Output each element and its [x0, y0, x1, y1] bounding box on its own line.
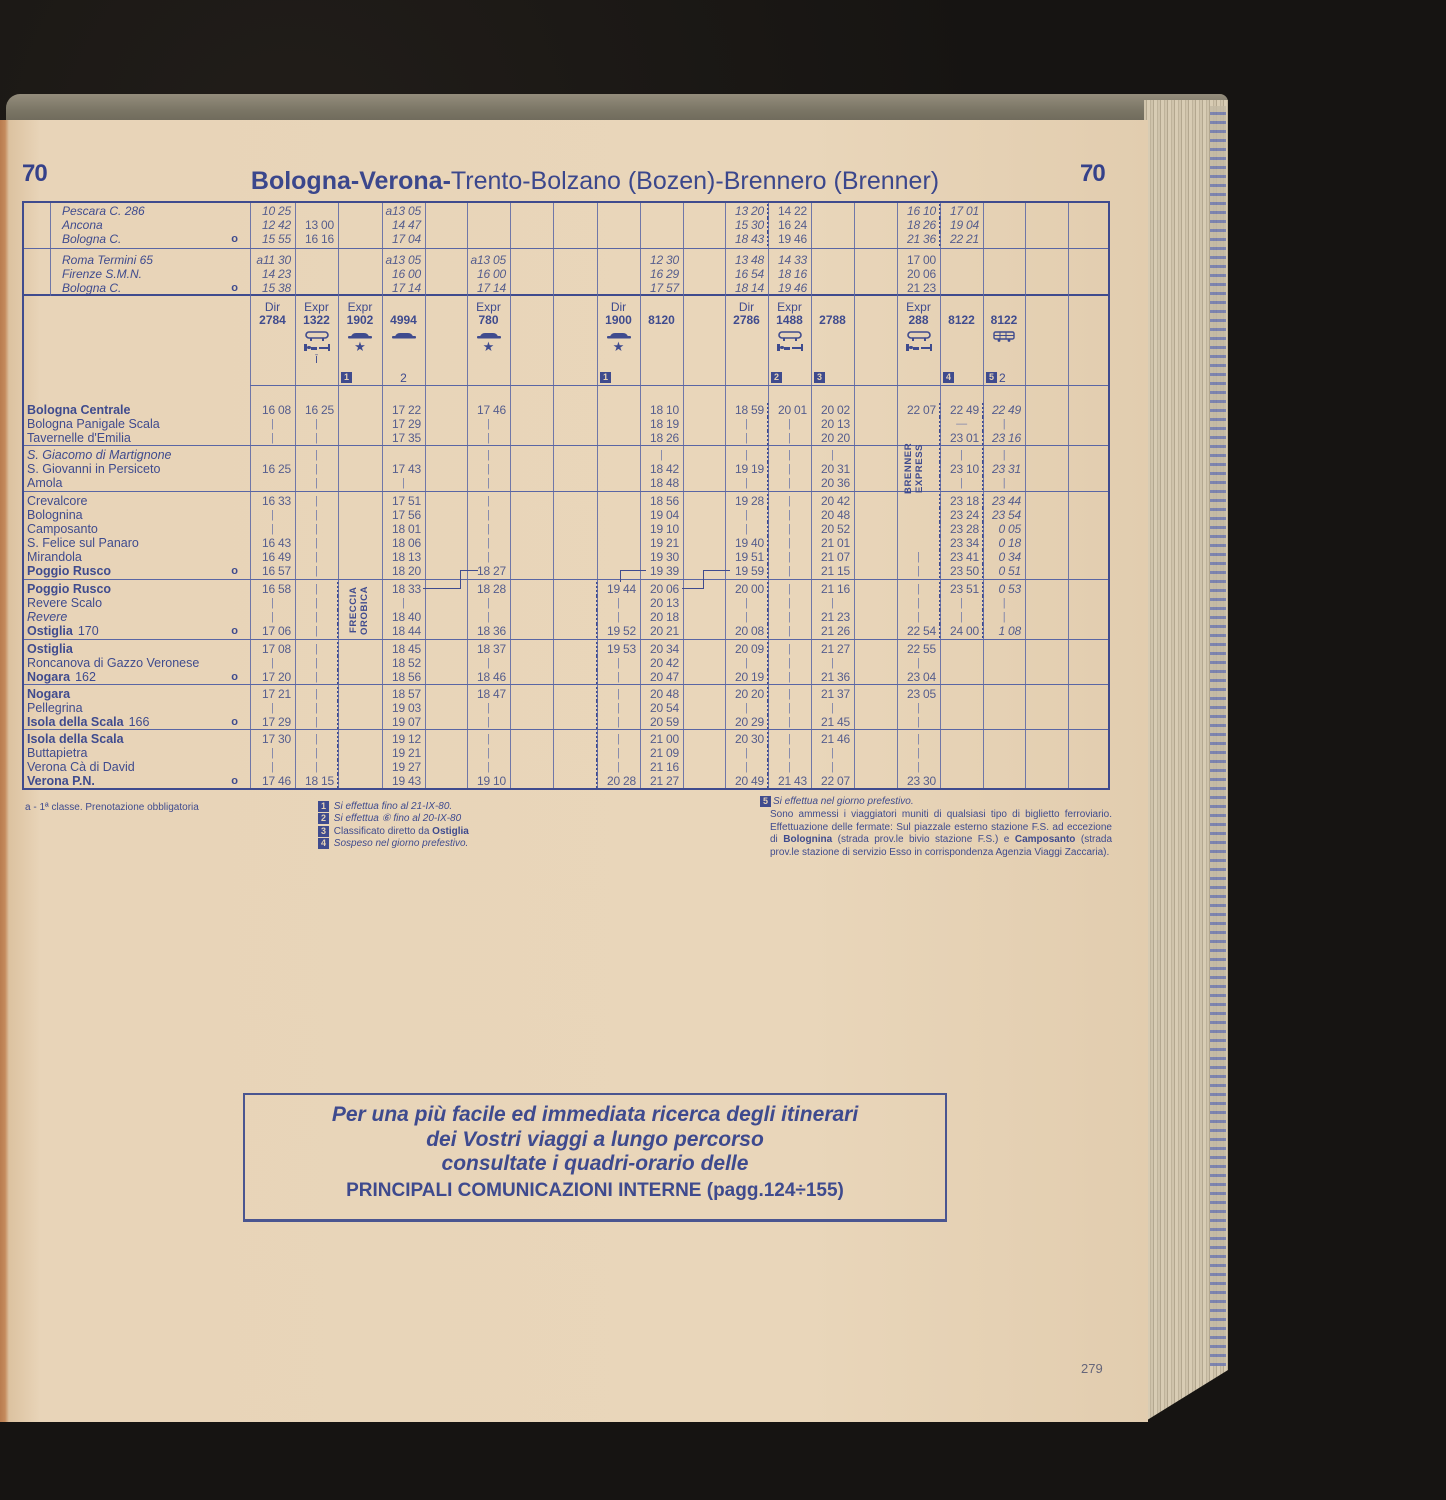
station-name: Ostiglia: [27, 624, 73, 638]
time-cell: [553, 267, 597, 281]
table-row: Revere Scalo|||||20 13||||||: [22, 596, 1110, 610]
station-cell: Crevalcore: [22, 494, 250, 508]
time-cell: [940, 715, 983, 729]
footnote-marker: 4: [318, 838, 329, 849]
time-cell: 20 06: [640, 582, 683, 596]
connection-line: [682, 588, 703, 589]
time-cell: [854, 417, 897, 431]
sleeping-car-icon: [304, 331, 330, 341]
time-cell: [295, 281, 338, 295]
time-cell: [683, 746, 725, 760]
time-cell: 17 14: [382, 281, 425, 295]
station-cell: S. Giacomo di Martignone: [22, 448, 250, 462]
time-cell: [983, 218, 1025, 232]
time-cell: [1025, 564, 1068, 578]
station-group: S. Giacomo di Martignone||||||||S. Giova…: [22, 446, 1110, 492]
time-cell: [854, 494, 897, 508]
time-cell: [1025, 582, 1068, 596]
train-note-cell: 1: [597, 367, 640, 385]
time-cell: [683, 253, 725, 267]
train-services: ★: [477, 331, 501, 352]
station-name: Bologna Centrale: [27, 403, 131, 417]
station-cell: Ostiglia170o: [22, 624, 250, 638]
time-cell: 20 59: [640, 715, 683, 729]
time-cell: [854, 610, 897, 624]
class-marker: 2: [400, 372, 407, 384]
passes-without-stop: |: [768, 746, 811, 760]
station-name: Tavernelle d'Emilia: [27, 431, 131, 445]
table-row: S. Giovanni in Persiceto16 25|17 43|18 4…: [22, 462, 1110, 476]
time-cell: [811, 281, 854, 295]
train-column-header: 8122: [940, 296, 983, 367]
passes-without-stop: |: [811, 656, 854, 670]
passes-without-stop: |: [467, 610, 510, 624]
passes-without-stop: |: [811, 746, 854, 760]
station-cell: Bologna Panigale Scala: [22, 417, 250, 431]
time-cell: 19 43: [382, 774, 425, 788]
class-marker: 2: [999, 372, 1006, 384]
time-cell: [510, 448, 553, 462]
time-cell: [854, 687, 897, 701]
time-cell: [1025, 281, 1068, 295]
time-cell: 18 16: [768, 267, 811, 281]
station-name: Firenze S.M.N.: [62, 267, 142, 281]
time-cell: 19 46: [768, 232, 811, 246]
footnote-5: 5Si effettua nel giorno prefestivo.Sono …: [760, 796, 1112, 860]
time-cell: [940, 656, 983, 670]
time-cell: [510, 417, 553, 431]
time-cell: [338, 732, 382, 746]
passes-without-stop: |: [725, 610, 768, 624]
train-column-header: Expr780★: [467, 296, 510, 367]
footnote-text: Sospeso nel giorno prefestivo.: [334, 838, 469, 849]
station-cell: Nogara162o: [22, 670, 250, 684]
time-cell: 16 33: [250, 494, 295, 508]
time-cell: [510, 715, 553, 729]
time-cell: [338, 670, 382, 684]
time-cell: 19 21: [382, 746, 425, 760]
time-cell: 18 33: [382, 582, 425, 596]
time-cell: 22 07: [811, 774, 854, 788]
couchette-icon: [905, 343, 933, 352]
time-cell: [510, 582, 553, 596]
time-cell: [510, 701, 553, 715]
time-cell: 13 48: [725, 253, 768, 267]
time-cell: [553, 582, 597, 596]
time-cell: 20 28: [597, 774, 640, 788]
time-cell: 16 25: [295, 403, 338, 417]
passes-without-stop: |: [768, 564, 811, 578]
time-cell: [1068, 204, 1110, 218]
time-cell: [897, 536, 940, 550]
table-row: Camposanto||18 01|19 10||20 5223 280 05: [22, 522, 1110, 536]
time-cell: 20 48: [640, 687, 683, 701]
footnote-marker: 1: [341, 372, 352, 383]
time-cell: a13 05: [467, 253, 510, 267]
empty-column-header: [1068, 296, 1110, 367]
train-note-cell: [250, 367, 295, 385]
train-note-cell: 1: [338, 367, 382, 385]
time-cell: [683, 774, 725, 788]
time-cell: 19 04: [940, 218, 983, 232]
time-cell: 23 04: [897, 670, 940, 684]
time-cell: 0 51: [983, 564, 1025, 578]
time-cell: 1 08: [983, 624, 1025, 638]
time-cell: [425, 267, 467, 281]
time-cell: [854, 670, 897, 684]
station-cell: Pellegrina: [22, 701, 250, 715]
time-cell: [983, 642, 1025, 656]
time-cell: 23 31: [983, 462, 1025, 476]
time-cell: [1068, 218, 1110, 232]
footnote-text: Classificato diretto da: [334, 826, 432, 837]
passes-without-stop: |: [382, 596, 425, 610]
station-group: Poggio Rusco16 58|18 3318 2819 4420 0620…: [22, 580, 1110, 640]
time-cell: [553, 204, 597, 218]
passes-without-stop: |: [295, 417, 338, 431]
footnote-marker: 1: [600, 372, 611, 383]
footnote-5-heading: 5Si effettua nel giorno prefestivo.: [760, 796, 1112, 809]
time-cell: [338, 760, 382, 774]
time-cell: [510, 267, 553, 281]
station-name: Isola della Scala: [27, 715, 124, 729]
time-cell: [983, 670, 1025, 684]
time-cell: 18 19: [640, 417, 683, 431]
passes-without-stop: |: [467, 746, 510, 760]
time-cell: [338, 204, 382, 218]
passes-without-stop: |: [897, 760, 940, 774]
passes-without-stop: |: [467, 760, 510, 774]
time-cell: [425, 624, 467, 638]
passes-without-stop: |: [897, 596, 940, 610]
time-cell: [854, 596, 897, 610]
time-cell: [338, 701, 382, 715]
train-note-cell: [425, 367, 467, 385]
train-note-cell: 4: [940, 367, 983, 385]
time-cell: [510, 610, 553, 624]
time-cell: [854, 448, 897, 462]
empty-column-header: [854, 296, 897, 367]
time-cell: [553, 522, 597, 536]
footnote-line: 3 Classificato diretto da Ostiglia: [318, 826, 469, 838]
passes-without-stop: |: [897, 656, 940, 670]
time-cell: [683, 448, 725, 462]
time-cell: [250, 476, 295, 490]
passes-without-stop: |: [897, 564, 940, 578]
train-note-cell: [1068, 367, 1110, 385]
station-name: Poggio Rusco: [27, 564, 111, 578]
time-cell: [683, 624, 725, 638]
connection-station: Pescara C. 286: [22, 204, 250, 218]
station-name: Bolognina: [27, 508, 83, 522]
table-row: Bologna Centrale16 0816 2517 2217 4618 1…: [22, 403, 1110, 417]
time-cell: [425, 656, 467, 670]
time-cell: 20 20: [725, 687, 768, 701]
connection-station: Bologna C.o: [22, 281, 250, 295]
footnote-marker: 4: [943, 372, 954, 383]
passes-without-stop: —: [940, 417, 983, 431]
empty-column-header: [1025, 296, 1068, 367]
time-cell: [811, 232, 854, 246]
time-cell: [1068, 582, 1110, 596]
train-name-label: FRECCIA OROBICA: [348, 564, 370, 656]
time-cell: [510, 253, 553, 267]
time-cell: [553, 494, 597, 508]
time-cell: 12 42: [250, 218, 295, 232]
passes-without-stop: |: [295, 431, 338, 445]
time-cell: [597, 218, 640, 232]
time-cell: [553, 232, 597, 246]
time-cell: [597, 281, 640, 295]
time-cell: 20 08: [725, 624, 768, 638]
time-cell: [983, 253, 1025, 267]
time-cell: [683, 536, 725, 550]
time-cell: [553, 550, 597, 564]
time-cell: 17 04: [382, 232, 425, 246]
connection-row: Firenze S.M.N.14 2316 0016 0016 2916 541…: [22, 267, 1110, 281]
time-cell: [338, 494, 382, 508]
time-cell: [683, 732, 725, 746]
station-cell: Amola: [22, 476, 250, 490]
time-cell: 20 01: [768, 403, 811, 417]
time-cell: [1068, 596, 1110, 610]
train-column-header: 8120: [640, 296, 683, 367]
time-cell: 15 30: [725, 218, 768, 232]
passes-without-stop: |: [768, 642, 811, 656]
time-cell: [983, 774, 1025, 788]
connection-station: Roma Termini 65: [22, 253, 250, 267]
time-cell: 17 30: [250, 732, 295, 746]
time-cell: [425, 508, 467, 522]
train-note-cell: 2: [768, 367, 811, 385]
time-cell: [338, 687, 382, 701]
time-cell: 23 16: [983, 431, 1025, 445]
time-cell: 23 01: [940, 431, 983, 445]
title-continuation: Trento-Bolzano (Bozen)-Brennero (Brenner…: [451, 167, 939, 195]
station-cell: Poggio Ruscoo: [22, 564, 250, 578]
time-cell: [854, 218, 897, 232]
time-cell: [597, 522, 640, 536]
time-cell: 21 43: [768, 774, 811, 788]
column-divider: [983, 201, 984, 790]
connection-row: Pescara C. 28610 25a13 0513 2014 2216 10…: [22, 204, 1110, 218]
time-cell: 17 35: [382, 431, 425, 445]
passes-without-stop: |: [250, 522, 295, 536]
time-cell: [553, 536, 597, 550]
train-note-cell: [640, 367, 683, 385]
time-cell: [683, 642, 725, 656]
time-cell: 17 21: [250, 687, 295, 701]
time-cell: 21 23: [897, 281, 940, 295]
table-row: Bologna Panigale Scala||17 29|18 19||20 …: [22, 417, 1110, 431]
passes-without-stop: |: [768, 508, 811, 522]
time-cell: [940, 642, 983, 656]
line-reference: 162: [75, 670, 96, 684]
time-cell: [338, 774, 382, 788]
time-cell: 0 53: [983, 582, 1025, 596]
passes-without-stop: |: [467, 522, 510, 536]
connection-blocks: Pescara C. 28610 25a13 0513 2014 2216 10…: [22, 201, 1110, 296]
time-cell: 18 45: [382, 642, 425, 656]
passes-without-stop: |: [467, 550, 510, 564]
time-cell: 20 00: [725, 582, 768, 596]
table-row: Isola della Scala17 30|19 12||21 0020 30…: [22, 732, 1110, 746]
time-cell: [1068, 417, 1110, 431]
time-cell: [425, 642, 467, 656]
passes-without-stop: |: [897, 715, 940, 729]
time-cell: 19 07: [382, 715, 425, 729]
time-cell: 16 10: [897, 204, 940, 218]
time-cell: 21 45: [811, 715, 854, 729]
time-cell: 22 49: [940, 403, 983, 417]
train-number: 780: [478, 314, 498, 327]
passes-without-stop: |: [897, 582, 940, 596]
footnote-text: Si effettua ⑥ fino al 20-IX-80: [334, 813, 461, 824]
station-cell: Poggio Rusco: [22, 582, 250, 596]
time-cell: 20 42: [640, 656, 683, 670]
table-row: Ostiglia170o17 06|18 4418 3619 5220 2120…: [22, 624, 1110, 638]
station-name: Amola: [27, 476, 62, 490]
time-cell: [1025, 232, 1068, 246]
time-cell: 19 04: [640, 508, 683, 522]
time-cell: [683, 218, 725, 232]
connection-line: [620, 570, 621, 582]
train-number: 8122: [948, 314, 975, 327]
time-cell: 18 27: [467, 564, 510, 578]
time-cell: [425, 232, 467, 246]
time-cell: 0 34: [983, 550, 1025, 564]
time-cell: [940, 687, 983, 701]
station-column-notes: [22, 367, 250, 385]
time-cell: 18 57: [382, 687, 425, 701]
time-cell: [940, 746, 983, 760]
passes-without-stop: |: [250, 701, 295, 715]
time-cell: 18 14: [725, 281, 768, 295]
time-cell: [425, 550, 467, 564]
footnote-marker: 2: [318, 813, 329, 824]
passes-without-stop: |: [597, 760, 640, 774]
time-cell: [683, 715, 725, 729]
time-cell: [510, 596, 553, 610]
time-cell: [940, 760, 983, 774]
station-name: Crevalcore: [27, 494, 87, 508]
time-cell: 21 23: [811, 610, 854, 624]
passes-without-stop: |: [725, 476, 768, 490]
train-note-cell: [854, 367, 897, 385]
time-cell: [854, 253, 897, 267]
coach-icon: [392, 331, 416, 340]
passes-without-stop: |: [250, 746, 295, 760]
time-cell: [467, 204, 510, 218]
time-cell: [683, 522, 725, 536]
time-cell: 17 29: [250, 715, 295, 729]
train-number: 1902: [347, 314, 374, 327]
time-cell: [1025, 610, 1068, 624]
time-cell: [338, 218, 382, 232]
time-cell: [854, 774, 897, 788]
train-number: 2786: [733, 314, 760, 327]
time-cell: 18 13: [382, 550, 425, 564]
time-cell: 24 00: [940, 624, 983, 638]
time-cell: [811, 253, 854, 267]
time-cell: [1025, 448, 1068, 462]
passes-without-stop: |: [295, 624, 338, 638]
train-number: 8122: [991, 314, 1018, 327]
time-cell: [983, 746, 1025, 760]
time-cell: 21 46: [811, 732, 854, 746]
time-cell: [295, 204, 338, 218]
footnote-line: 2 Si effettua ⑥ fino al 20-IX-80: [318, 813, 469, 825]
time-cell: [1025, 687, 1068, 701]
time-cell: [1025, 508, 1068, 522]
passes-without-stop: |: [940, 610, 983, 624]
column-divider: [553, 201, 554, 790]
train-services: Ī: [303, 331, 331, 366]
passes-without-stop: |: [295, 508, 338, 522]
time-cell: 23 10: [940, 462, 983, 476]
time-cell: 19 19: [725, 462, 768, 476]
time-cell: 23 50: [940, 564, 983, 578]
time-cell: [683, 701, 725, 715]
time-cell: [683, 760, 725, 774]
passes-without-stop: |: [382, 476, 425, 490]
time-cell: [1025, 494, 1068, 508]
station-name: Nogara: [27, 687, 70, 701]
time-cell: a11 30: [250, 253, 295, 267]
time-cell: [510, 431, 553, 445]
time-cell: [854, 267, 897, 281]
passes-without-stop: |: [768, 536, 811, 550]
time-cell: [382, 448, 425, 462]
station-cell: Camposanto: [22, 522, 250, 536]
passes-without-stop: |: [768, 701, 811, 715]
train-note-cell: [295, 367, 338, 385]
time-cell: 20 34: [640, 642, 683, 656]
time-cell: [510, 642, 553, 656]
station-name: Revere: [27, 610, 67, 624]
station-cell: Ostiglia: [22, 642, 250, 656]
time-cell: [597, 403, 640, 417]
time-cell: [425, 462, 467, 476]
connection-line: [703, 570, 730, 571]
table-row: S. Felice sul Panaro16 43|18 06|19 2119 …: [22, 536, 1110, 550]
time-cell: 21 27: [811, 642, 854, 656]
time-cell: [510, 403, 553, 417]
time-cell: [683, 687, 725, 701]
notes-row: 12123452: [22, 367, 1110, 385]
station-cell: S. Giovanni in Persiceto: [22, 462, 250, 476]
time-cell: [597, 494, 640, 508]
passes-without-stop: |: [295, 448, 338, 462]
time-cell: 17 00: [897, 253, 940, 267]
passes-without-stop: |: [768, 582, 811, 596]
time-cell: [1068, 536, 1110, 550]
time-cell: 23 24: [940, 508, 983, 522]
time-cell: [854, 656, 897, 670]
footnote-first-class: a - 1ª classe. Prenotazione obbligatoria: [25, 802, 199, 813]
time-cell: 18 06: [382, 536, 425, 550]
time-cell: [510, 624, 553, 638]
star-icon: ★: [613, 342, 625, 352]
time-cell: [597, 417, 640, 431]
train-note-cell: [467, 367, 510, 385]
time-cell: [338, 462, 382, 476]
connection-line: [460, 570, 461, 589]
time-cell: [338, 522, 382, 536]
time-cell: [1025, 462, 1068, 476]
train-number: 4994: [390, 314, 417, 327]
time-cell: [425, 746, 467, 760]
